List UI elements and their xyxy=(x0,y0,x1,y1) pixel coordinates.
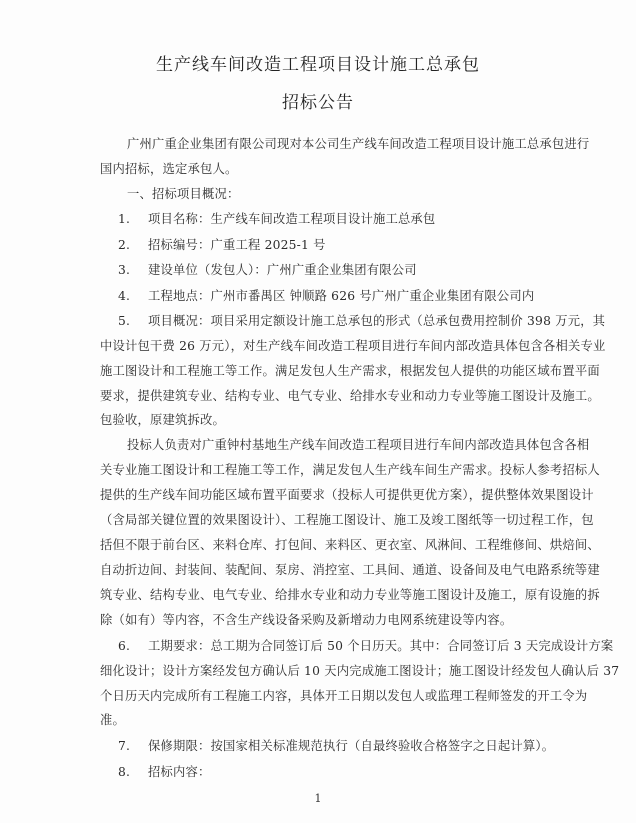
bidder-para-line-3: 提供的生产线车间功能区域布置平面要求（投标人可提供更优方案），提供整体效果图设计 xyxy=(100,487,546,503)
item-text: 保修期限：按国家相关标准规范执行（自最终验收合格签字之日起计算）。 xyxy=(148,739,554,753)
item-1: 1.项目名称：生产线车间改造工程项目设计施工总承包 xyxy=(118,211,564,227)
document-title: 生产线车间改造工程项目设计施工总承包 xyxy=(0,50,636,75)
item-text: 招标内容： xyxy=(148,765,211,779)
item-text: 招标编号：广重工程 2025-1 号 xyxy=(148,238,326,252)
bidder-para-line-5: 括但不限于前台区、来料仓库、打包间、来料区、更衣室、风淋间、工程维修间、烘焙间、 xyxy=(100,537,546,553)
item-6-line-2: 细化设计；设计方案经发包方确认后 10 天内完成施工图设计；施工图设计经发包人确… xyxy=(100,663,546,679)
item-4: 4.工程地点：广州市番禺区 钟顺路 626 号广州广重企业集团有限公司内 xyxy=(118,288,564,304)
item-number: 4. xyxy=(118,288,148,304)
item-text: 工程地点：广州市番禺区 钟顺路 626 号广州广重企业集团有限公司内 xyxy=(148,289,534,303)
bidder-para-line-4: （含局部关键位置的效果图设计）、工程施工图设计、施工及竣工图纸等一切过程工作，包 xyxy=(100,512,546,528)
item-number: 5. xyxy=(118,313,148,329)
item-8: 8.招标内容： xyxy=(118,764,564,780)
item-number: 3. xyxy=(118,262,148,278)
bidder-para-line-1: 投标人负责对广重钟村基地生产线车间改造工程项目进行车间内部改造具体包含各相 xyxy=(127,437,573,453)
item-5-line-4: 要求，提供建筑专业、结构专业、电气专业、给排水专业和动力专业等施工图设计及施工。 xyxy=(100,388,546,404)
bidder-para-line-6: 自动折边间、封装间、装配间、泵房、消控室、工具间、通道、设备间及电气电路系统等建 xyxy=(100,562,546,578)
bidder-para-line-7: 筑专业、结构专业、电气专业、给排水专业和动力专业等施工图设计及施工，原有设施的拆 xyxy=(100,587,546,603)
item-3: 3.建设单位（发包人）：广州广重企业集团有限公司 xyxy=(118,262,564,278)
document-subtitle: 招标公告 xyxy=(0,88,636,113)
intro-line-2: 国内招标，选定承包人。 xyxy=(100,161,546,177)
item-text: 项目概况：项目采用定额设计施工总承包的形式（总承包费用控制价 398 万元，其 xyxy=(148,314,605,328)
item-number: 1. xyxy=(118,211,148,227)
item-6-line-3: 个日历天内完成所有工程施工内容，具体开工日期以发包人或监理工程师签发的开工令为 xyxy=(100,688,546,704)
item-text: 工期要求：总工期为合同签订后 50 个日历天。其中：合同签订后 3 天完成设计方… xyxy=(148,639,613,653)
intro-line-1: 广州广重企业集团有限公司现对本公司生产线车间改造工程项目设计施工总承包进行 xyxy=(127,136,573,152)
item-number: 8. xyxy=(118,764,148,780)
page-number: 1 xyxy=(0,792,636,805)
item-text: 建设单位（发包人）：广州广重企业集团有限公司 xyxy=(148,263,417,277)
bidder-para-line-8: 除（如有）等内容，不含生产线设备采购及新增动力电网系统建设等内容。 xyxy=(100,612,546,628)
item-5-line-2: 中设计包干费 26 万元），对生产线车间改造工程项目进行车间内部改造具体包含各相… xyxy=(100,338,546,354)
item-number: 7. xyxy=(118,738,148,754)
item-number: 6. xyxy=(118,638,148,654)
item-7: 7.保修期限：按国家相关标准规范执行（自最终验收合格签字之日起计算）。 xyxy=(118,738,564,754)
document-page: 生产线车间改造工程项目设计施工总承包 招标公告 广州广重企业集团有限公司现对本公… xyxy=(0,0,636,823)
item-2: 2.招标编号：广重工程 2025-1 号 xyxy=(118,237,564,253)
item-5-line-5: 包验收，原建筑拆改。 xyxy=(100,412,546,428)
item-5: 5.项目概况：项目采用定额设计施工总承包的形式（总承包费用控制价 398 万元，… xyxy=(118,313,564,329)
item-5-line-3: 施工图设计和工程施工等工作。满足发包人生产需求，根据发包人提供的功能区域布置平面 xyxy=(100,363,546,379)
bidder-para-line-2: 关专业施工图设计和工程施工等工作，满足发包人生产线车间生产需求。投标人参考招标人 xyxy=(100,462,546,478)
item-6-line-4: 准。 xyxy=(100,712,546,728)
section-heading: 一、招标项目概况： xyxy=(127,186,573,202)
item-number: 2. xyxy=(118,237,148,253)
item-text: 项目名称：生产线车间改造工程项目设计施工总承包 xyxy=(148,212,435,226)
item-6: 6.工期要求：总工期为合同签订后 50 个日历天。其中：合同签订后 3 天完成设… xyxy=(118,638,564,654)
